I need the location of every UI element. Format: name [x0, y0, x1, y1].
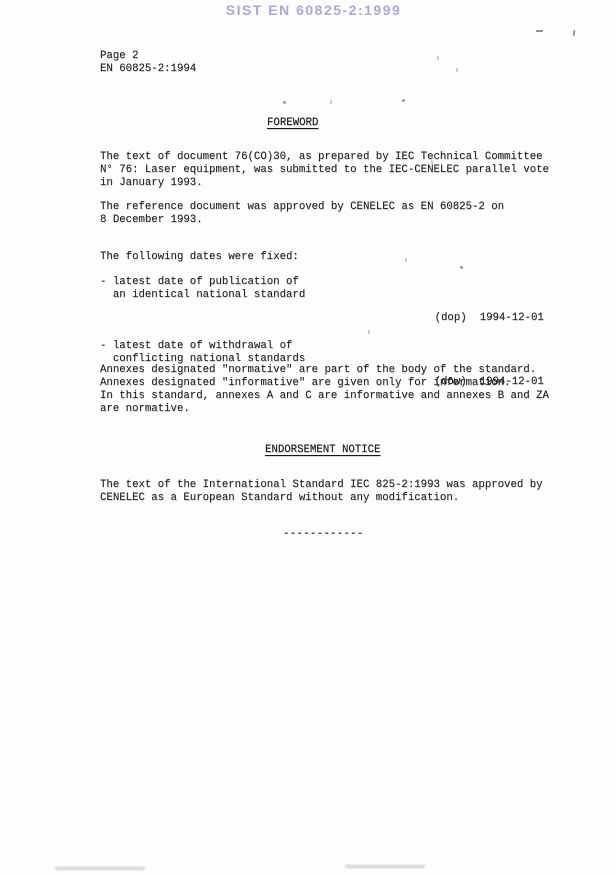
standard-reference: EN 60825-2:1994 — [100, 63, 196, 76]
scan-artifact — [456, 68, 458, 72]
text-line: In this standard, annexes A and C are in… — [100, 390, 549, 403]
endorsement-heading: ENDORSEMENT NOTICE — [265, 444, 380, 457]
foreword-paragraph-2: The reference document was approved by C… — [100, 201, 504, 227]
scan-smudge — [55, 867, 145, 870]
scanned-document-page: SIST EN 60825-2:1999 Page 2 EN 60825-2:1… — [0, 0, 615, 876]
scan-artifact — [536, 30, 543, 32]
text-line: 8 December 1993. — [100, 214, 504, 227]
text-line: are normative. — [100, 403, 549, 416]
dop-code-date: (dop)1994-12-01 — [377, 289, 544, 343]
date-item-dow: - latest date of withdrawal of conflicti… — [100, 340, 615, 366]
date-item-dop: - latest date of publication of an ident… — [100, 276, 615, 302]
text-line: Annexes designated "informative" are giv… — [100, 377, 549, 390]
scan-artifact — [460, 266, 463, 269]
text-line: - latest date of publication of — [100, 276, 615, 289]
text-line: The following dates were fixed: — [100, 251, 299, 264]
dop-date: 1994-12-01 — [480, 312, 544, 324]
end-divider: ------------ — [283, 528, 364, 541]
scan-artifact — [283, 101, 286, 104]
scan-artifact — [572, 30, 575, 36]
scan-smudge — [345, 865, 425, 868]
annexes-paragraph: Annexes designated "normative" are part … — [100, 364, 549, 416]
scan-artifact — [405, 258, 407, 262]
text-line: CENELEC as a European Standard without a… — [100, 492, 543, 505]
page-number: Page 2 — [100, 50, 196, 63]
text-line: - latest date of withdrawal of — [100, 340, 615, 353]
scan-artifact — [368, 330, 370, 334]
scan-artifact — [330, 100, 332, 104]
foreword-heading: FOREWORD — [267, 117, 318, 130]
text-line: The text of document 76(CO)30, as prepar… — [100, 151, 549, 164]
foreword-paragraph-1: The text of document 76(CO)30, as prepar… — [100, 151, 549, 190]
scan-artifact — [437, 56, 439, 60]
text-line: The reference document was approved by C… — [100, 201, 504, 214]
page-header: Page 2 EN 60825-2:1994 — [100, 50, 196, 76]
endorsement-paragraph: The text of the International Standard I… — [100, 479, 543, 505]
dates-intro: The following dates were fixed: — [100, 251, 299, 264]
watermark-standard-id: SIST EN 60825-2:1999 — [226, 2, 402, 18]
text-line: Annexes designated "normative" are part … — [100, 364, 549, 377]
dop-code: (dop) — [435, 312, 467, 324]
text-line: in January 1993. — [100, 177, 549, 190]
text-line: The text of the International Standard I… — [100, 479, 543, 492]
text-line: N° 76: Laser equipment, was submitted to… — [100, 164, 549, 177]
scan-artifact — [402, 99, 405, 102]
